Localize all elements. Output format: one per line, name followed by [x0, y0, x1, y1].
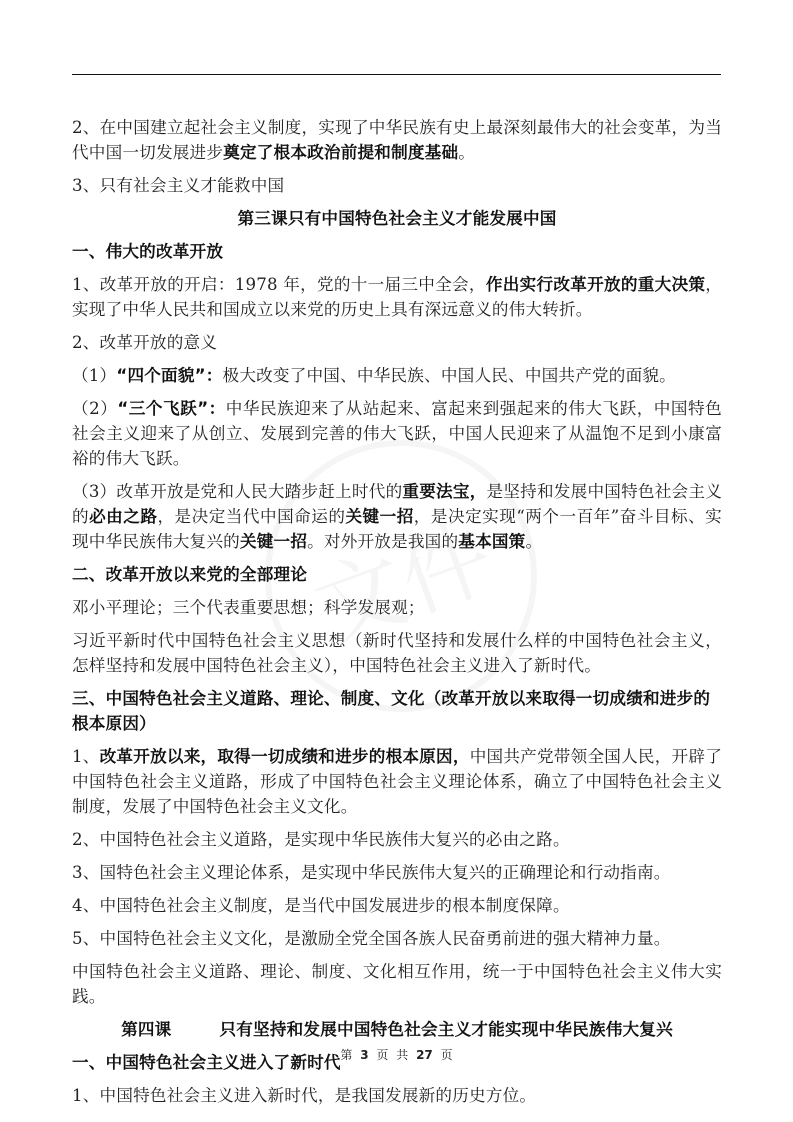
bold-text: “四个面貌”：: [116, 366, 222, 385]
paragraph: 2、在中国建立起社会主义制度，实现了中华民族有史上最深刻最伟大的社会变革，为当代…: [72, 115, 722, 165]
current-page-number: 3: [360, 1048, 368, 1062]
paragraph: 4、中国特色社会主义制度，是当代中国发展进步的根本制度保障。: [72, 893, 722, 918]
bold-text: 基本国策: [458, 532, 525, 551]
bold-text: 关键一招: [240, 532, 307, 551]
paragraph: 5、中国特色社会主义文化，是激励全党全国各族人民奋勇前进的强大精神力量。: [72, 926, 722, 951]
lesson-name: 只有坚持和发展中国特色社会主义才能实现中华民族伟大复兴: [219, 1020, 672, 1039]
text: （1）: [72, 366, 116, 385]
lesson-4-title: 第四课只有坚持和发展中国特色社会主义才能实现中华民族伟大复兴: [72, 1017, 722, 1042]
text: ，是决定当代中国命运的: [157, 507, 345, 526]
text: （3）改革开放是党和人民大踏步赶上时代的: [72, 482, 402, 501]
paragraph: 习近平新时代中国特色社会主义思想（新时代坚持和发展什么样的中国特色社会主义，怎样…: [72, 628, 722, 678]
section-heading: 二、改革开放以来党的全部理论: [72, 562, 722, 587]
bold-text: 奠定了根本政治前提和制度基础: [223, 143, 458, 162]
footer-text: 页: [441, 1048, 453, 1062]
lesson-3-title: 第三课只有中国特色社会主义才能发展中国: [72, 206, 722, 231]
paragraph: 1、改革开放以来，取得一切成绩和进步的根本原因，中国共产党带领全国人民，开辟了中…: [72, 744, 722, 819]
section-heading: 三、中国特色社会主义道路、理论、制度、文化（改革开放以来取得一切成绩和进步的根本…: [72, 686, 722, 736]
text: 1、改革开放的开启：1978 年，党的十一届三中全会，: [72, 275, 486, 294]
document-body: 2、在中国建立起社会主义制度，实现了中华民族有史上最深刻最伟大的社会变革，为当代…: [72, 115, 722, 1116]
bold-text: 重要法宝，: [402, 482, 486, 501]
paragraph: （1）“四个面貌”：极大改变了中国、中华民族、中国人民、中国共产党的面貌。: [72, 363, 722, 388]
bold-text: 必由之路: [89, 507, 157, 526]
text: 。: [525, 532, 542, 551]
total-pages: 27: [416, 1048, 433, 1062]
footer-text: 页 共: [376, 1048, 408, 1062]
paragraph: 邓小平理论；三个代表重要思想；科学发展观；: [72, 595, 722, 620]
text: 。对外开放是我国的: [307, 532, 458, 551]
paragraph: （2）“三个飞跃”：中华民族迎来了从站起来、富起来到强起来的伟大飞跃，中国特色社…: [72, 396, 722, 471]
paragraph: 1、中国特色社会主义进入新时代，是我国发展新的历史方位。: [72, 1083, 722, 1108]
section-heading: 一、伟大的改革开放: [72, 239, 722, 264]
paragraph: 2、中国特色社会主义道路，是实现中华民族伟大复兴的必由之路。: [72, 827, 722, 852]
bold-text: 关键一招: [345, 507, 413, 526]
page-footer: 第 3 页 共 27 页: [0, 1046, 793, 1063]
text: （2）: [72, 399, 117, 418]
text: 。: [458, 143, 475, 162]
paragraph: 3、国特色社会主义理论体系，是实现中华民族伟大复兴的正确理论和行动指南。: [72, 860, 722, 885]
paragraph: 1、改革开放的开启：1978 年，党的十一届三中全会，作出实行改革开放的重大决策…: [72, 272, 722, 322]
lesson-number: 第四课: [121, 1020, 171, 1039]
footer-text: 第: [340, 1048, 352, 1062]
text: 极大改变了中国、中华民族、中国人民、中国共产党的面貌。: [223, 366, 676, 385]
text: 1、: [72, 747, 100, 766]
paragraph: 中国特色社会主义道路、理论、制度、文化相互作用，统一于中国特色社会主义伟大实践。: [72, 959, 722, 1009]
bold-text: “三个飞跃”：: [117, 399, 225, 418]
paragraph: 3、只有社会主义才能救中国: [72, 173, 722, 198]
bold-text: 作出实行改革开放的重大决策: [486, 275, 705, 294]
bold-text: 改革开放以来，取得一切成绩和进步的根本原因，: [100, 747, 470, 766]
paragraph: （3）改革开放是党和人民大踏步赶上时代的重要法宝，是坚持和发展中国特色社会主义的…: [72, 479, 722, 554]
paragraph: 2、改革开放的意义: [72, 330, 722, 355]
header-rule: [72, 74, 721, 75]
